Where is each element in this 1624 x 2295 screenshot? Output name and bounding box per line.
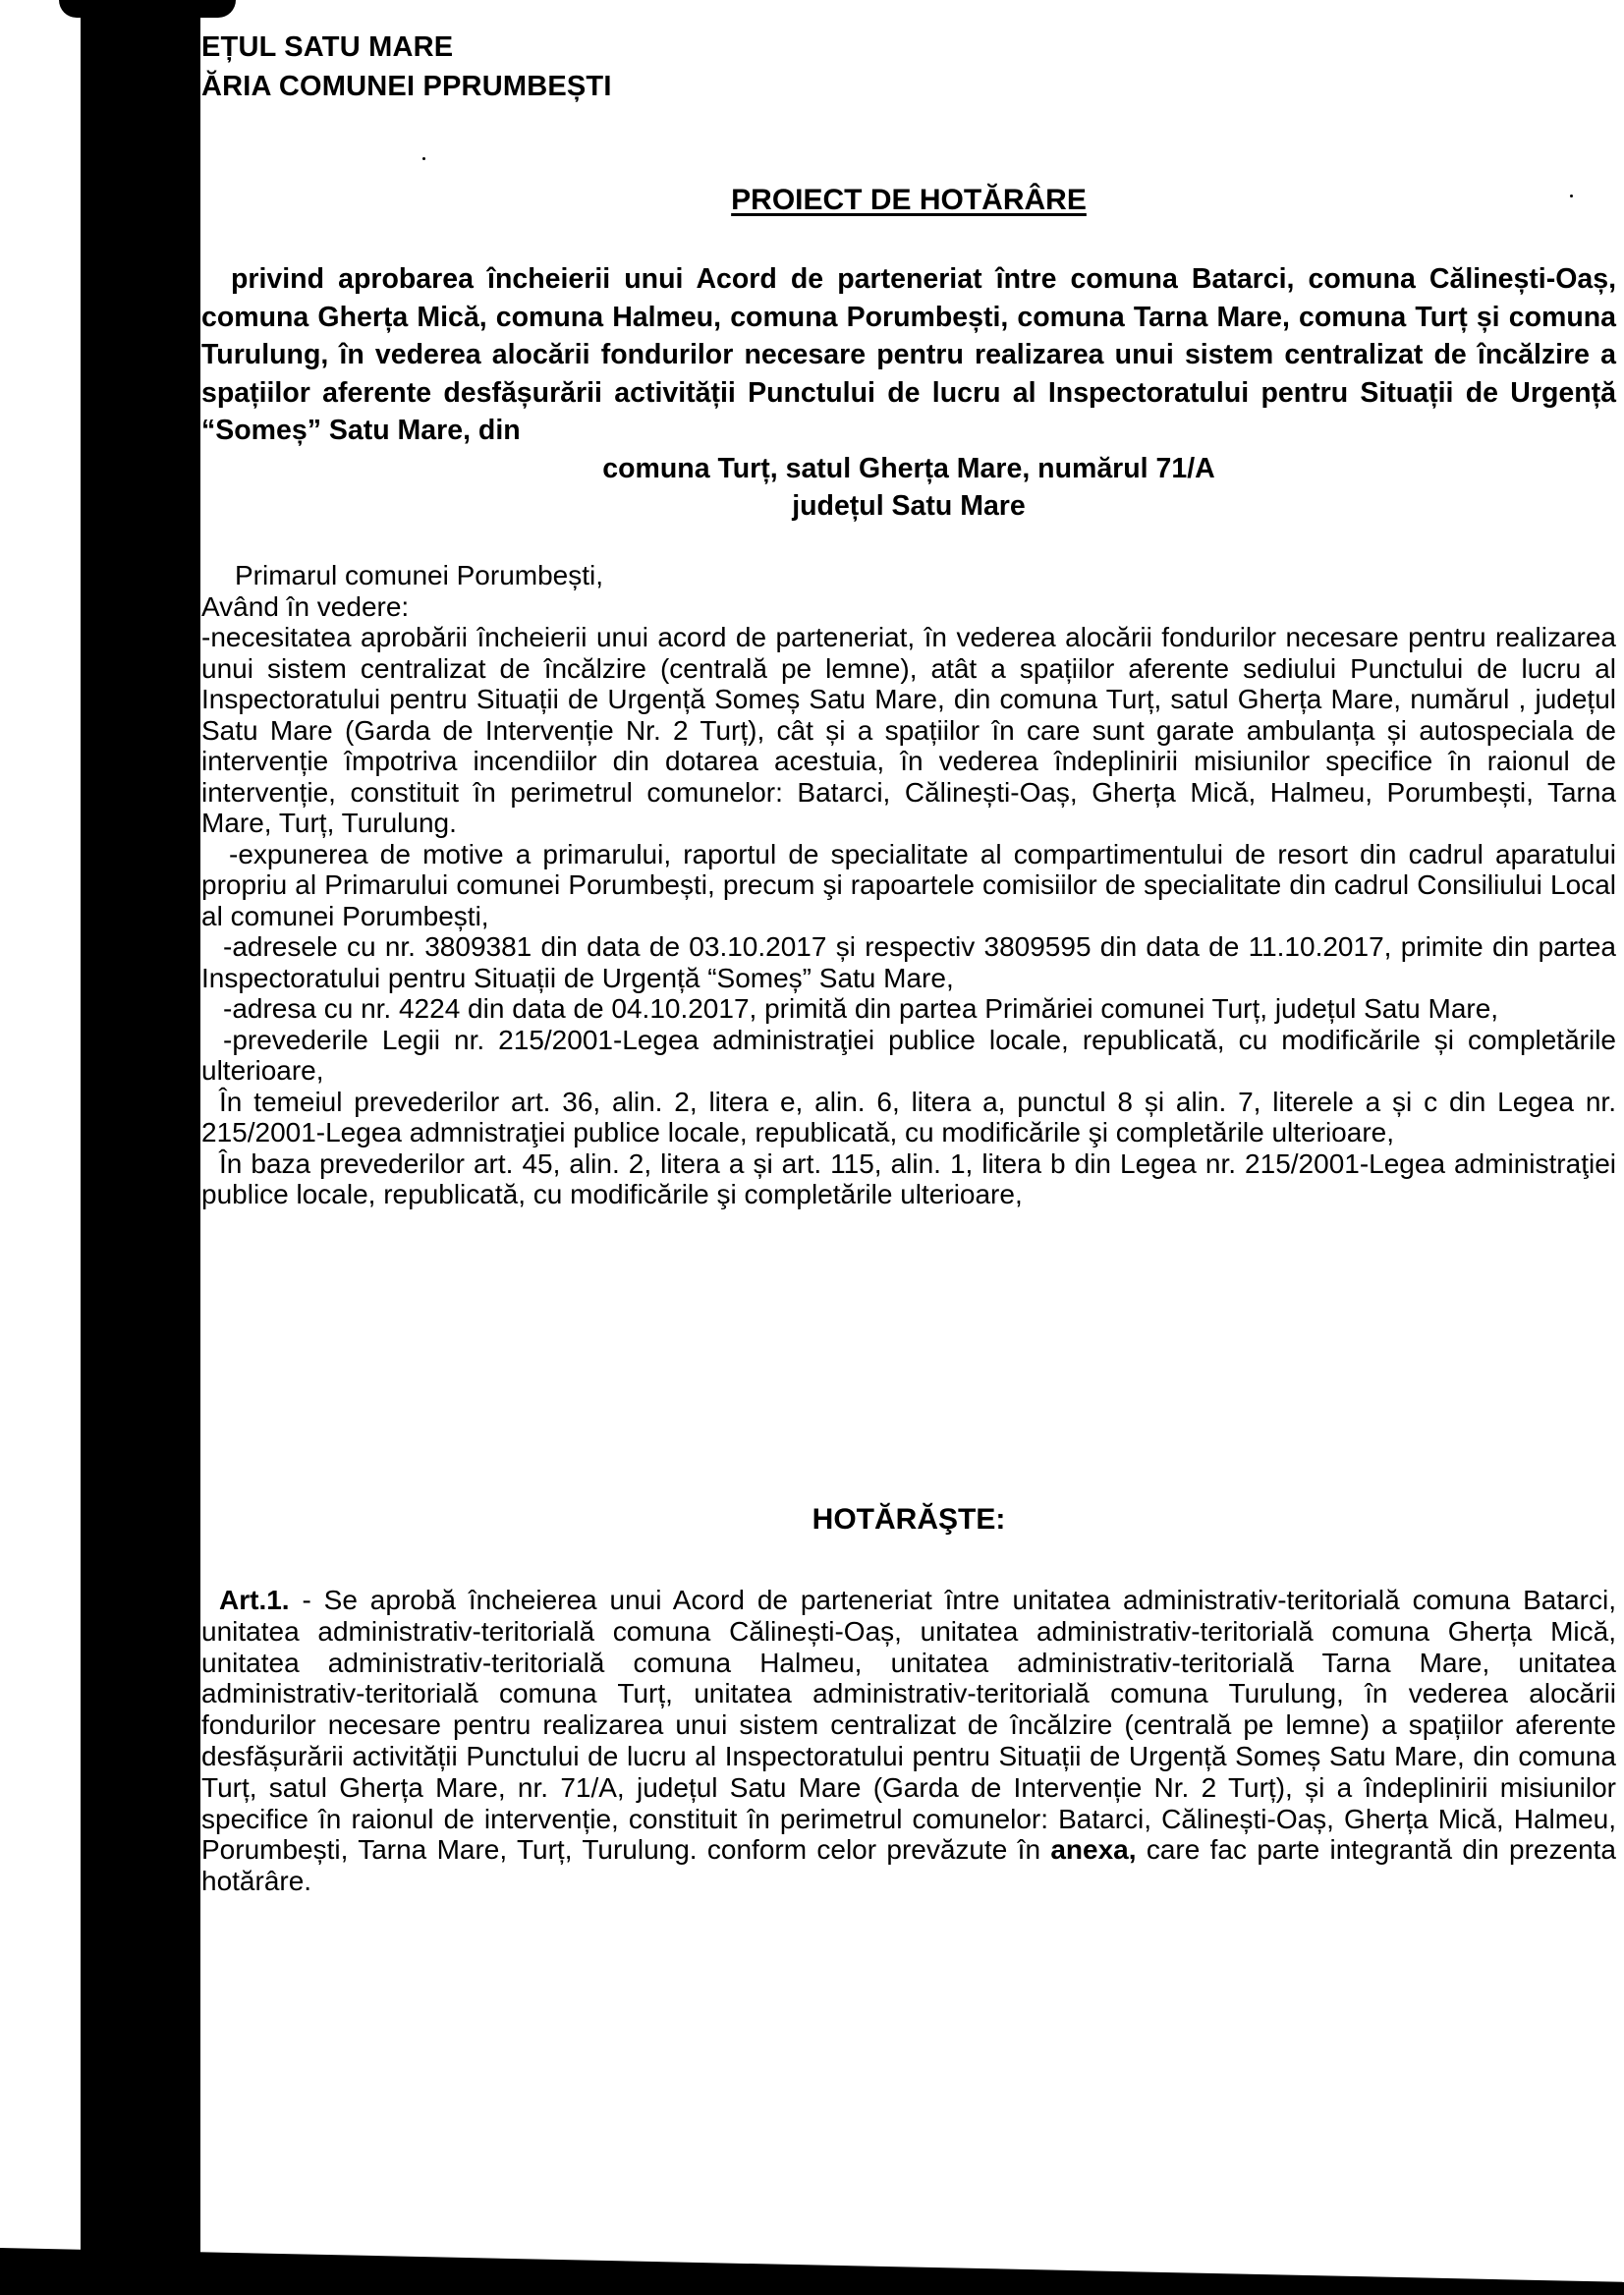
header-county: EȚUL SATU MARE [201,31,453,64]
preamble-item: În baza prevederilor art. 45, alin. 2, l… [201,1148,1616,1210]
subject-text: privind aprobarea încheierii unui Acord … [201,260,1616,450]
decision-heading: HOTĂRĂŞTE: [201,1503,1616,1537]
document-title: PROIECT DE HOTĂRÂRE [201,184,1616,217]
scan-edge-shadow-top [59,0,236,18]
preamble-item: În temeiul prevederilor art. 36, alin. 2… [201,1087,1616,1148]
preamble-considering: Având în vedere: [201,591,1616,623]
article-1: Art.1. - Se aprobă încheierea unui Acord… [201,1585,1616,1897]
scan-bottom-shadow [0,2236,1624,2295]
article-1-text: Art.1. - Se aprobă încheierea unui Acord… [201,1585,1616,1897]
article-1-label: Art.1. [219,1585,290,1615]
article-1-annex: anexa, [1050,1834,1136,1865]
preamble-item: -adresele cu nr. 3809381 din data de 03.… [201,931,1616,993]
preamble-item: -necesitatea aprobării încheierii unui a… [201,622,1616,839]
preamble-item: -expunerea de motive a primarului, rapor… [201,839,1616,932]
scan-speck [422,157,425,160]
document-subject: privind aprobarea încheierii unui Acord … [201,260,1616,526]
preamble: Primarul comunei Porumbești, Având în ve… [201,560,1616,1210]
document-title-text: PROIECT DE HOTĂRÂRE [731,184,1087,216]
article-1-body: - Se aprobă încheierea unui Acord de par… [201,1585,1616,1865]
subject-address: comuna Turț, satul Gherța Mare, numărul … [201,450,1616,488]
preamble-item: -adresa cu nr. 4224 din data de 04.10.20… [201,993,1616,1025]
header-city-hall: ĂRIA COMUNEI PPRUMBEȘTI [201,71,612,103]
preamble-mayor: Primarul comunei Porumbești, [201,560,1616,591]
scan-edge-shadow [81,0,200,2295]
preamble-item: -prevederile Legii nr. 215/2001-Legea ad… [201,1025,1616,1087]
subject-county: județul Satu Mare [201,487,1616,526]
